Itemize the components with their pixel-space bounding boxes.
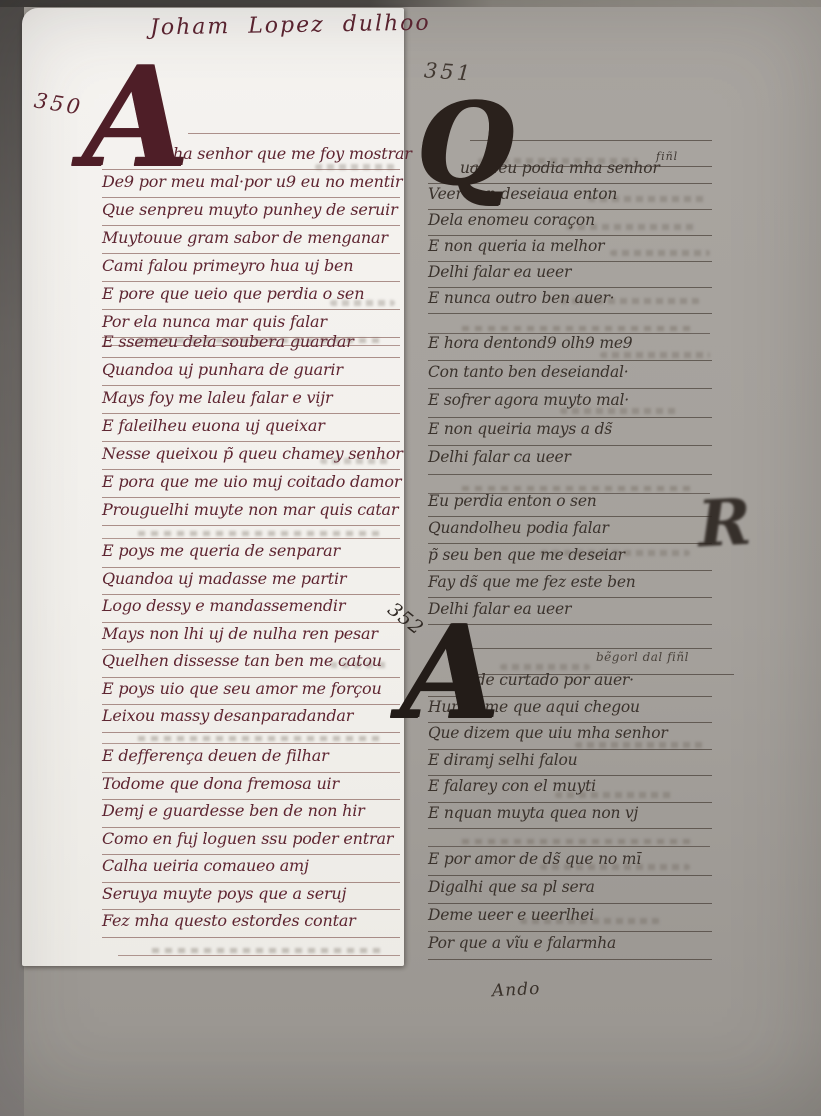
verse-line: Cami falou primeyro hua uj ben [102, 254, 400, 282]
ink-bleed-blot: R [696, 485, 753, 563]
verse-line: Que senpreu muyto punhey de seruir [102, 198, 400, 226]
verse-line: E poys uio que seu amor me forçou [102, 678, 400, 706]
verse-stanza: E hora dentond9 olh9 me9Con tanto ben de… [428, 332, 712, 475]
verse-line: Quandolheu podia falar [428, 517, 712, 544]
poem-initial-351: Q [416, 100, 514, 190]
gap-ruled-line [102, 736, 400, 744]
gap-ruled-line [118, 948, 400, 956]
verse-line: E poys me queria de senparar [102, 540, 400, 568]
verse-line: Leixou massy desanparadandar [102, 705, 400, 733]
gap-ruled-line [428, 839, 710, 847]
author-header: Joham Lopez dulhoo [150, 11, 431, 41]
verse-line: Prouguelhi muyte non mar quis catar [102, 498, 400, 526]
verse-stanza: E defferença deuen de filharTodome que d… [102, 745, 400, 938]
verse-line: Delhi falar ea ueer [428, 262, 712, 288]
verse-line: Nesse queixou p̃ queu chamey senhor [102, 442, 400, 470]
verse-line: E defferença deuen de filhar [102, 745, 400, 773]
verse-line: E pore que ueio que perdia o sen [102, 282, 400, 310]
verse-line: Muytouue gram sabor de menganar [102, 226, 400, 254]
verse-line: E hora dentond9 olh9 me9 [428, 332, 712, 361]
verse-line: Quandoa uj madasse me partir [102, 568, 400, 596]
verse-line: E nquan muyta quea non vj [428, 803, 712, 830]
verse-line: Por que a vĩu e falarmha [428, 932, 712, 960]
verse-line: Demj e guardesse ben de non hir [102, 800, 400, 828]
ruled-line [472, 648, 712, 649]
verse-line: Seruya muyte poys que a seruj [102, 883, 400, 911]
page-top-edge [0, 0, 821, 7]
verse-line: E non queria ia melhor [428, 236, 712, 262]
verse-line: Quandoa uj punhara de guarir [102, 358, 400, 386]
verse-line: Logo dessy e mandassemendir [102, 595, 400, 623]
verse-line: Quelhen dissesse tan ben me catou [102, 650, 400, 678]
verse-stanza: E por amor de ds̃ que no mīDigalhi que s… [428, 848, 712, 960]
verse-line: E non queiria mays a ds̃ [428, 418, 712, 447]
verse-line: Todome que dona fremosa uir [102, 773, 400, 801]
verse-line: E diramj selhi falou [428, 750, 712, 777]
verse-line: E pora que me uio muj coitado damor [102, 470, 400, 498]
verse-line: Mays foy me laleu falar e vijr [102, 386, 400, 414]
verse-line: E por amor de ds̃ que no mī [428, 848, 712, 876]
catchword: Ando [492, 979, 541, 1002]
verse-stanza: E poys me queria de senpararQuandoa uj m… [102, 540, 400, 733]
gap-ruled-line [102, 531, 400, 539]
verse-line: E falarey con el muyti [428, 776, 712, 803]
verse-line: E sofrer agora muyto mal· [428, 389, 712, 418]
verse-line: Eu perdia enton o sen [428, 490, 712, 517]
verse-line: Calha ueiria comaueo amj [102, 855, 400, 883]
verse-line: Dela enomeu coraçon [428, 210, 712, 236]
verse-line: Fay ds̃ que me fez este ben [428, 571, 712, 598]
page-left-edge [0, 0, 24, 1116]
verse-line: E faleilheu euona uj queixar [102, 414, 400, 442]
verse-line: Con tanto ben deseiandal· [428, 361, 712, 390]
verse-line: Fez mha questo estordes contar [102, 910, 400, 938]
ruled-line [188, 133, 400, 134]
manuscript-photo: Joham Lopez dulhoo 350 A mha senhor que … [0, 0, 821, 1116]
verse-line: p̃ seu ben que me deseiar [428, 544, 712, 571]
verse-stanza: E ssemeu dela soubera guardarQuandoa uj … [102, 330, 400, 526]
poem-initial-352: A [400, 622, 499, 724]
verse-line: Deme ueer e ueerlhei [428, 904, 712, 932]
verse-line: Como en fuj loguen ssu poder entrar [102, 828, 400, 856]
verse-line: E nunca outro ben auer· [428, 288, 712, 314]
verse-line: E ssemeu dela soubera guardar [102, 330, 400, 358]
verse-line: Digalhi que sa pl sera [428, 876, 712, 904]
poem-initial-350: A [82, 62, 189, 172]
verse-line: Mays non lhi uj de nulha ren pesar [102, 623, 400, 651]
verse-line: Delhi falar ca ueer [428, 446, 712, 475]
marginal-annotation: bẽgorl dal fiñl [596, 650, 689, 664]
